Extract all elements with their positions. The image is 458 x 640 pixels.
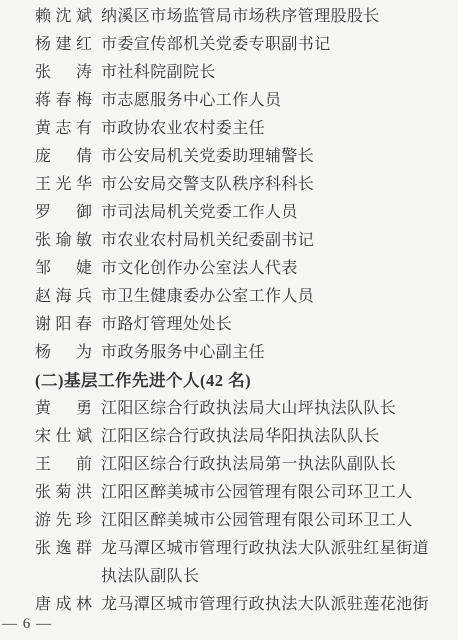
awardee-name: 赖沈斌 <box>35 3 92 31</box>
awardee-row: 邹 婕 市文化创作办公室法人代表 <box>35 255 458 283</box>
awardee-position: 市路灯管理处处长 <box>101 311 232 339</box>
awardee-row: 黄 勇 江阳区综合行政执法局大山坪执法队队长 <box>35 395 458 423</box>
awardee-name: 庞 倩 <box>35 143 92 171</box>
awardee-position: 市公安局交警支队秩序科科长 <box>101 171 314 199</box>
page-number: — 6 — <box>2 616 52 633</box>
awardee-position: 市政务服务中心副主任 <box>101 339 265 367</box>
awardee-row: 游先珍 江阳区醉美城市公园管理有限公司环卫工人 <box>35 507 458 535</box>
awardee-position: 江阳区综合行政执法局大山坪执法队队长 <box>101 395 396 423</box>
awardee-name: 游先珍 <box>35 507 92 535</box>
awardee-name: 杨建红 <box>35 31 92 59</box>
awardee-row: 罗 御 市司法局机关党委工作人员 <box>35 199 458 227</box>
awardee-row: 赵海兵 市卫生健康委办公室工作人员 <box>35 283 458 311</box>
awardee-row: 赖沈斌 纳溪区市场监管局市场秩序管理股股长 <box>35 3 458 31</box>
awardee-position: 市公安局机关党委助理辅警长 <box>101 143 314 171</box>
awardee-row: 杨建红 市委宣传部机关党委专职副书记 <box>35 31 458 59</box>
awardee-name: 黄 勇 <box>35 395 92 423</box>
awardee-row: 张瑜敏 市农业农村局机关纪委副书记 <box>35 227 458 255</box>
awardee-name: 邹 婕 <box>35 255 92 283</box>
section-heading-grassroots-individuals: (二)基层工作先进个人(42 名) <box>35 367 458 395</box>
awardee-position: 市委宣传部机关党委专职副书记 <box>101 31 331 59</box>
awardee-row: 王 前 江阳区综合行政执法局第一执法队副队长 <box>35 451 458 479</box>
awardee-position: 龙马潭区城市管理行政执法大队派驻红星街道 执法队副队长 <box>101 535 429 591</box>
awardee-name: 杨 为 <box>35 339 92 367</box>
awardee-row: 杨 为 市政务服务中心副主任 <box>35 339 458 367</box>
awardee-name: 宋仕斌 <box>35 423 92 451</box>
awardee-name: 张逸群 <box>35 535 92 563</box>
awardee-row: 张 涛 市社科院副院长 <box>35 59 458 87</box>
awardee-name: 赵海兵 <box>35 283 92 311</box>
awardee-name: 张瑜敏 <box>35 227 92 255</box>
awardee-position: 江阳区醉美城市公园管理有限公司环卫工人 <box>101 479 413 507</box>
awardee-list-city-organs: 赖沈斌 纳溪区市场监管局市场秩序管理股股长 杨建红 市委宣传部机关党委专职副书记… <box>35 3 458 367</box>
awardee-position: 江阳区醉美城市公园管理有限公司环卫工人 <box>101 507 413 535</box>
awardee-row: 张逸群 龙马潭区城市管理行政执法大队派驻红星街道 执法队副队长 <box>35 535 458 591</box>
awardee-name: 黄志有 <box>35 115 92 143</box>
awardee-position: 市文化创作办公室法人代表 <box>101 255 298 283</box>
awardee-name: 张菊洪 <box>35 479 92 507</box>
awardee-row: 谢阳春 市路灯管理处处长 <box>35 311 458 339</box>
awardee-row: 庞 倩 市公安局机关党委助理辅警长 <box>35 143 458 171</box>
awardee-name: 谢阳春 <box>35 311 92 339</box>
awardee-position: 龙马潭区城市管理行政执法大队派驻莲花池街 <box>101 591 429 619</box>
awardee-name: 王光华 <box>35 171 92 199</box>
awardee-row: 宋仕斌 江阳区综合行政执法局华阳执法队队长 <box>35 423 458 451</box>
awardee-position: 市卫生健康委办公室工作人员 <box>101 283 314 311</box>
awardee-name: 蒋春梅 <box>35 87 92 115</box>
awardee-name: 罗 御 <box>35 199 92 227</box>
awardee-position: 市政协农业农村委主任 <box>101 115 265 143</box>
awardee-row: 王光华 市公安局交警支队秩序科科长 <box>35 171 458 199</box>
awardee-position: 纳溪区市场监管局市场秩序管理股股长 <box>101 3 380 31</box>
awardee-position: 江阳区综合行政执法局第一执法队副队长 <box>101 451 396 479</box>
awardee-position: 市农业农村局机关纪委副书记 <box>101 227 314 255</box>
awardee-position: 市司法局机关党委工作人员 <box>101 199 298 227</box>
awardee-position: 市志愿服务中心工作人员 <box>101 87 281 115</box>
document-page: 赖沈斌 纳溪区市场监管局市场秩序管理股股长 杨建红 市委宣传部机关党委专职副书记… <box>0 0 458 619</box>
awardee-list-grassroots: 黄 勇 江阳区综合行政执法局大山坪执法队队长 宋仕斌 江阳区综合行政执法局华阳执… <box>35 395 458 619</box>
awardee-position: 江阳区综合行政执法局华阳执法队队长 <box>101 423 380 451</box>
awardee-row: 张菊洪 江阳区醉美城市公园管理有限公司环卫工人 <box>35 479 458 507</box>
awardee-name: 王 前 <box>35 451 92 479</box>
awardee-name: 张 涛 <box>35 59 92 87</box>
awardee-row: 黄志有 市政协农业农村委主任 <box>35 115 458 143</box>
awardee-name: 唐成林 <box>35 591 92 619</box>
awardee-position: 市社科院副院长 <box>101 59 216 87</box>
awardee-row: 唐成林 龙马潭区城市管理行政执法大队派驻莲花池街 <box>35 591 458 619</box>
awardee-row: 蒋春梅 市志愿服务中心工作人员 <box>35 87 458 115</box>
